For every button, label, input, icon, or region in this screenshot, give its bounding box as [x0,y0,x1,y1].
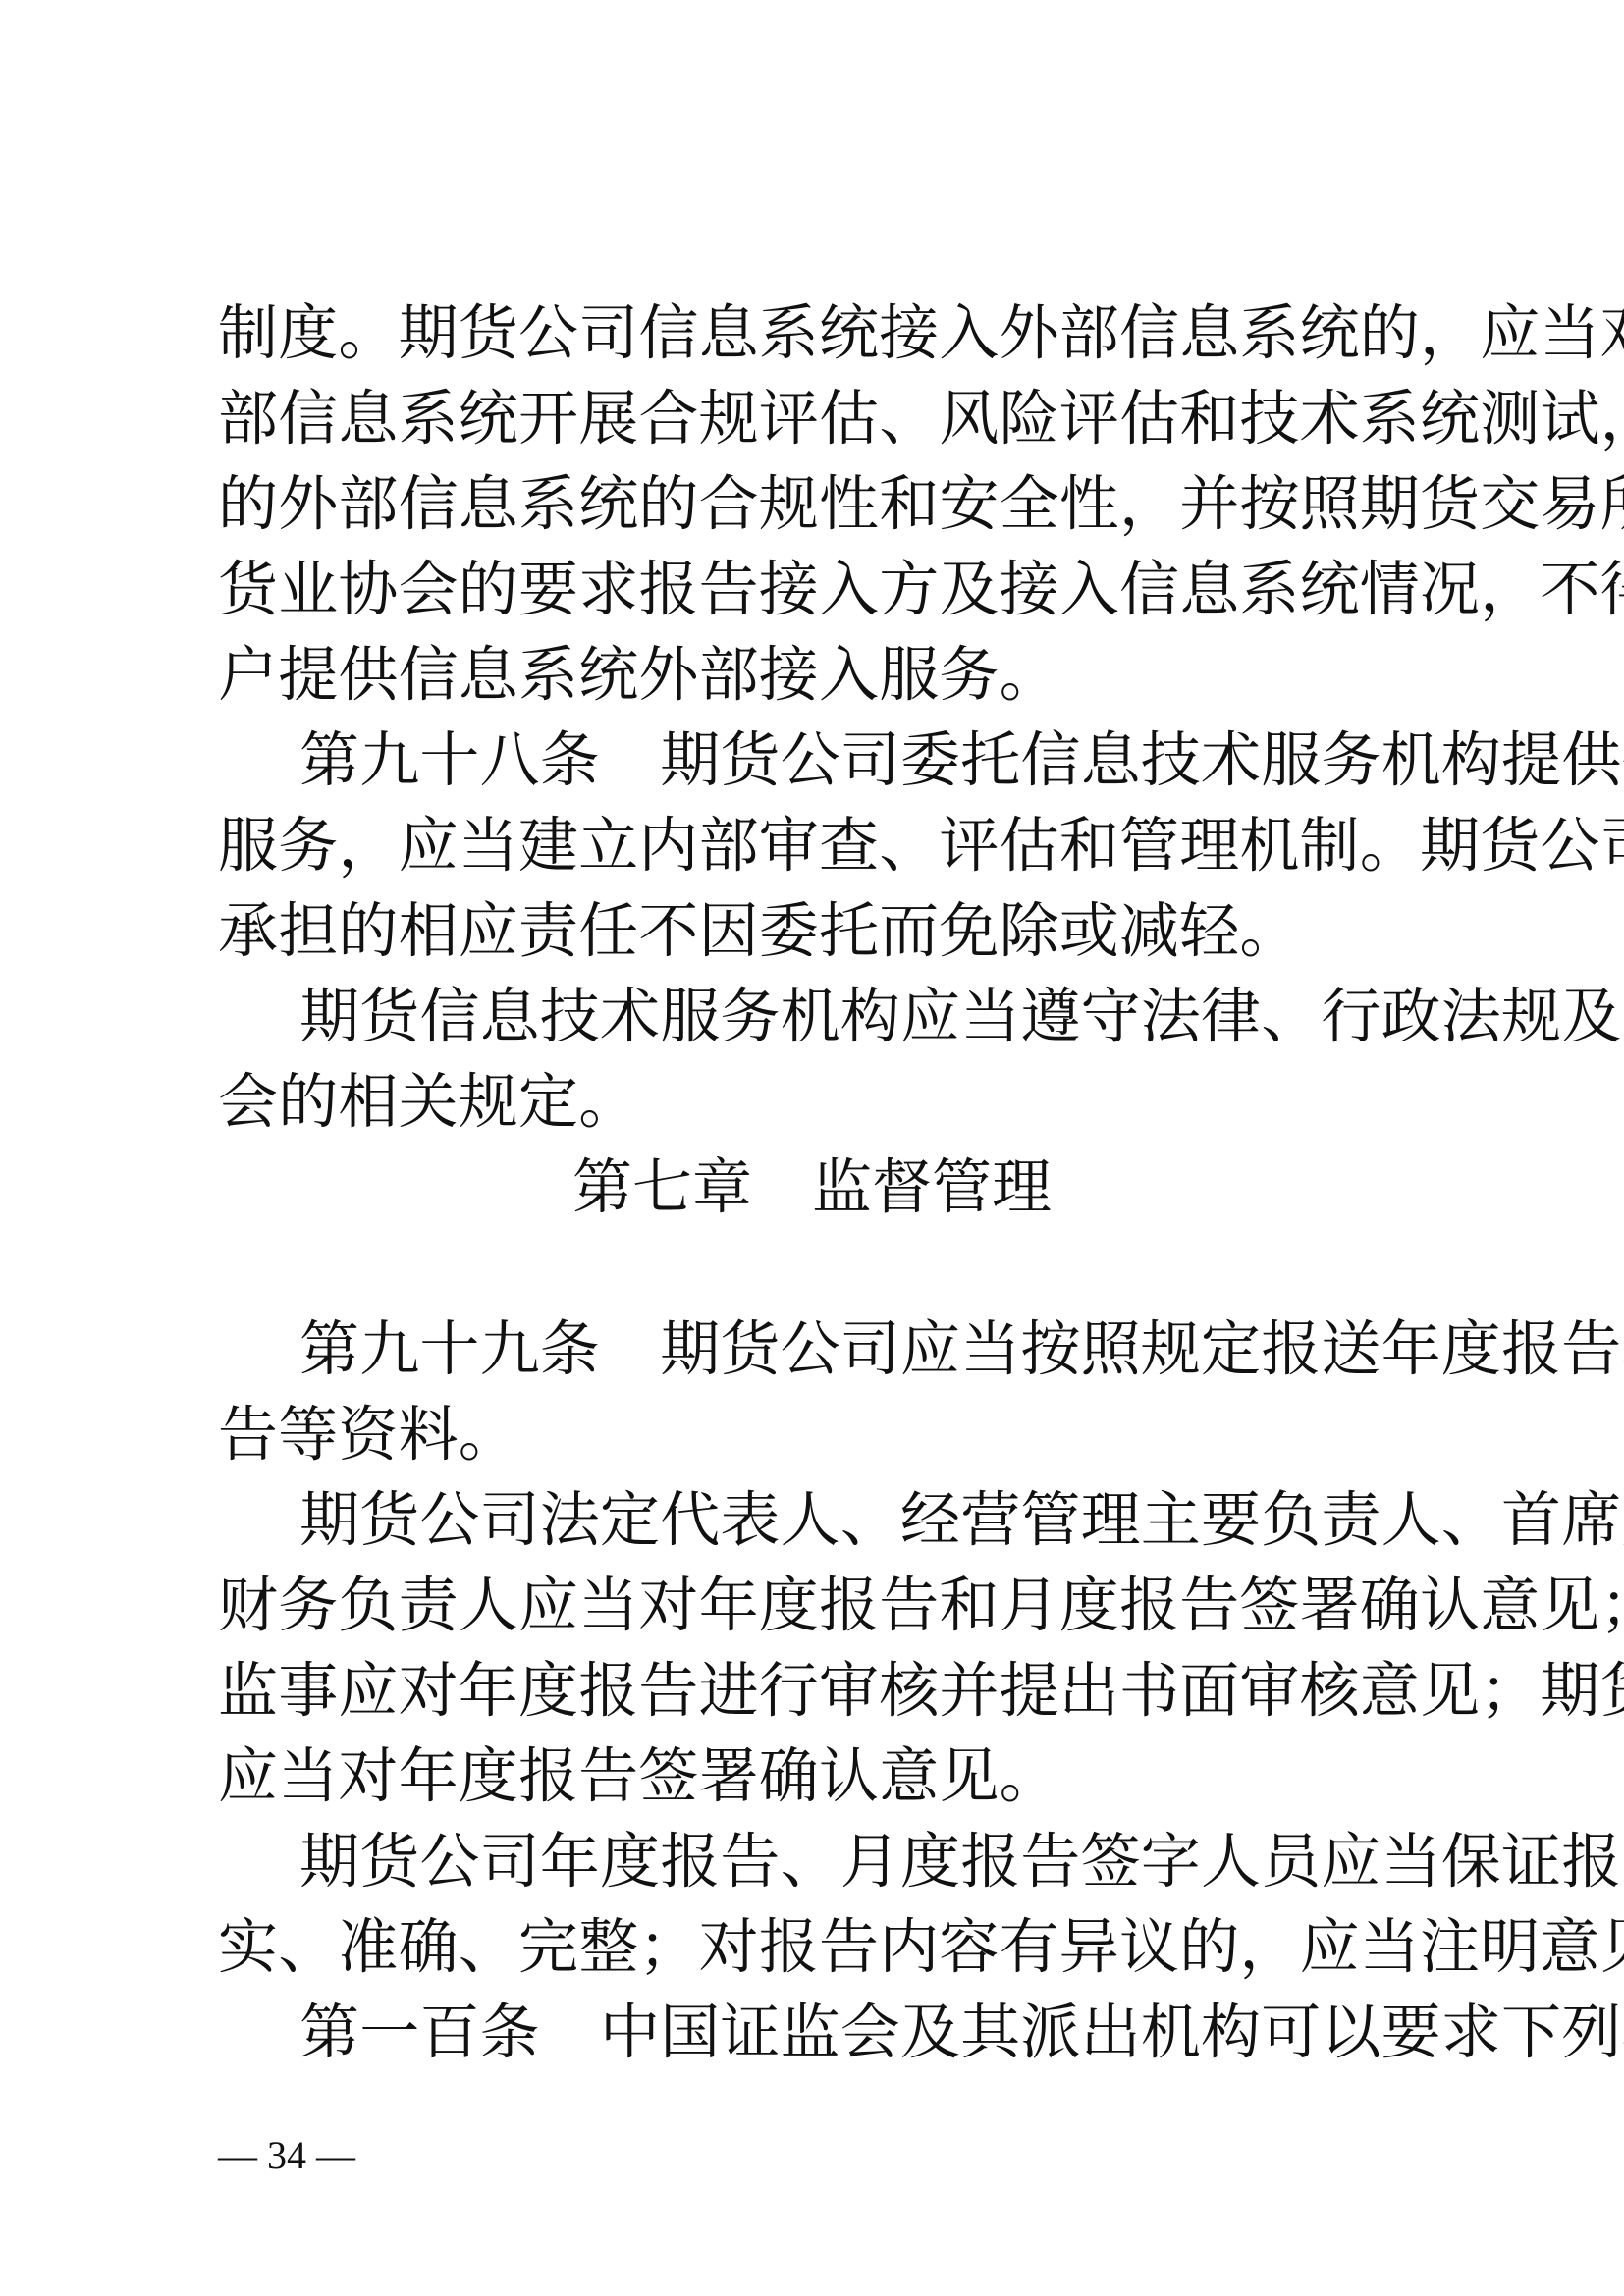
paragraph-line: 期货信息技术服务机构应当遵守法律、行政法规及中国证监 [299,978,1420,1056]
paragraph-line: 期货公司年度报告、月度报告签字人员应当保证报告内容真 [299,1823,1420,1901]
paragraph-line: 户提供信息系统外部接入服务。 [218,636,1420,715]
paragraph-line: 部信息系统开展合规评估、风险评估和技术系统测试，保证接入 [218,380,1420,458]
paragraph-line: 的外部信息系统的合规性和安全性，并按照期货交易所、中国期 [218,465,1420,544]
paragraph-line: 监事应对年度报告进行审核并提出书面审核意见；期货公司董事 [218,1652,1420,1731]
page-number: — 34 — [218,2126,355,2185]
chapter-heading: 第七章 监督管理 [0,1148,1624,1227]
paragraph-line: 会的相关规定。 [218,1063,1420,1142]
paragraph-line: 期货公司法定代表人、经营管理主要负责人、首席风险官、 [299,1481,1420,1560]
article-98-line: 服务，应当建立内部审查、评估和管理机制。期货公司依法应当 [218,807,1420,885]
paragraph-line: 应当对年度报告签署确认意见。 [218,1737,1420,1816]
document-page: 制度。期货公司信息系统接入外部信息系统的，应当对接入的外 部信息系统开展合规评估… [0,0,1624,2296]
paragraph-line: 实、准确、完整；对报告内容有异议的，应当注明意见和理由。 [218,1908,1420,1987]
paragraph-line: 制度。期货公司信息系统接入外部信息系统的，应当对接入的外 [218,294,1420,373]
paragraph-line: 货业协会的要求报告接入方及接入信息系统情况，不得违规为客 [218,551,1420,629]
article-98-line: 承担的相应责任不因委托而免除或减轻。 [218,892,1420,971]
paragraph-line: 财务负责人应当对年度报告和月度报告签署确认意见；监事会或 [218,1567,1420,1645]
article-98-line: 第九十八条 期货公司委托信息技术服务机构提供信息技术 [299,721,1420,800]
article-99-line: 第九十九条 期货公司应当按照规定报送年度报告、月度报 [299,1310,1420,1389]
article-100-line: 第一百条 中国证监会及其派出机构可以要求下列机构或者 [299,1994,1420,2072]
article-99-line: 告等资料。 [218,1396,1420,1474]
